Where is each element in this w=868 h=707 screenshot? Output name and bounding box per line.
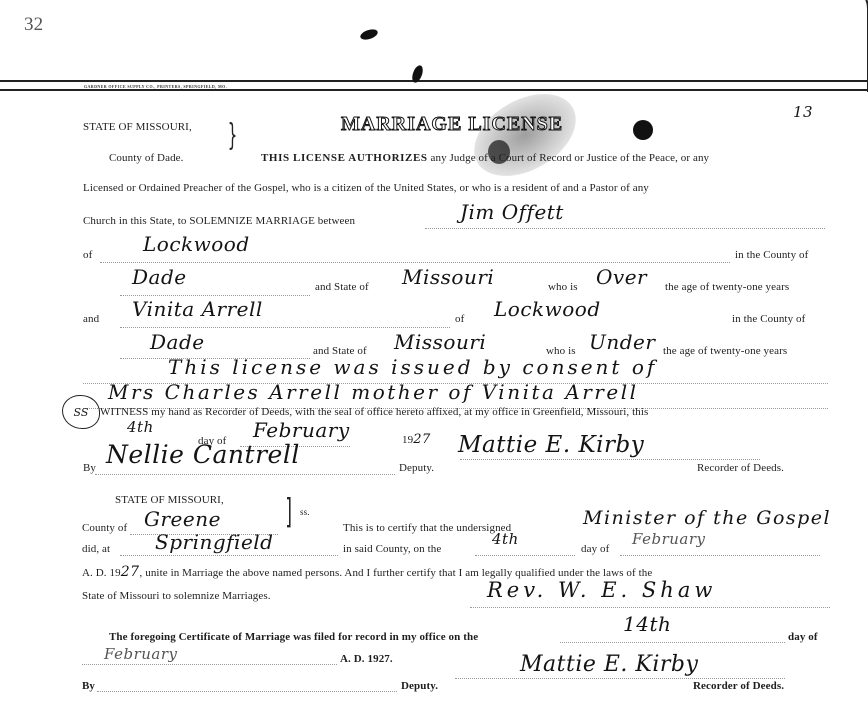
bride-county: Dade <box>150 330 205 354</box>
witness-by: By <box>83 462 96 474</box>
seal-mark: SS <box>62 395 100 429</box>
filing-recorder-name: Mattie E. Kirby <box>520 652 698 677</box>
of-label: of <box>83 249 92 261</box>
bride-state: Missouri <box>394 330 486 354</box>
page-border <box>0 0 868 92</box>
cert-county: Greene <box>144 507 221 531</box>
in-county-of: in the County of <box>735 249 808 261</box>
license-line-1: THIS LICENSE AUTHORIZES any Judge of a C… <box>261 152 709 164</box>
bride-town: Lockwood <box>494 297 601 321</box>
who-is: who is <box>548 281 578 293</box>
filing-ad: A. D. 1927. <box>340 653 393 665</box>
state-label: STATE OF MISSOURI, <box>83 121 192 133</box>
filing-by: By <box>82 680 95 692</box>
cert-did-at: did, at <box>82 543 110 555</box>
cert-year-suffix: 27 <box>121 564 140 580</box>
header-rule-bottom <box>0 89 868 91</box>
and-label-bride: and <box>83 313 99 325</box>
witness-month: February <box>253 418 350 442</box>
groom-name-line <box>425 228 825 229</box>
witness-deputy-name: Nellie Cantrell <box>106 440 300 469</box>
printer-imprint: GARDNER OFFICE SUPPLY CO., PRINTERS, SPR… <box>84 84 227 89</box>
license-line-2: Licensed or Ordained Preacher of the Gos… <box>83 182 649 194</box>
cert-officiant-signature: Rev. W. E. Shaw <box>487 578 716 602</box>
record-number: 13 <box>793 103 813 121</box>
witness-year: 1927 <box>402 432 431 447</box>
cert-signature-line <box>470 607 830 608</box>
of-label-bride: of <box>455 313 464 325</box>
cert-county-label: County of <box>82 522 127 534</box>
cert-certify-text: This is to certify that the undersigned <box>343 522 511 534</box>
filing-day: 14th <box>623 612 671 636</box>
groom-town-line <box>100 262 730 263</box>
filing-recorder-label: Recorder of Deeds. <box>693 680 784 692</box>
cert-month-line <box>620 555 820 556</box>
license-line-3: Church in this State, to SOLEMNIZE MARRI… <box>83 215 355 227</box>
cert-day: 4th <box>492 530 519 548</box>
county-label: County of Dade. <box>109 152 184 164</box>
filing-recorder-line <box>455 678 785 679</box>
cert-brace: ] <box>285 492 292 532</box>
groom-state: Missouri <box>402 265 494 289</box>
age-phrase: the age of twenty-one years <box>665 281 789 293</box>
filing-deputy-label: Deputy. <box>401 680 438 692</box>
filing-day-line <box>560 642 785 643</box>
consent-line-1: This license was issued by consent of <box>168 355 657 379</box>
cert-place: Springfield <box>155 530 273 554</box>
witness-text: WITNESS my hand as Recorder of Deeds, wi… <box>100 406 648 418</box>
cert-state-label: STATE OF MISSOURI, <box>115 494 224 506</box>
filing-month: February <box>104 645 178 663</box>
bride-name: Vinita Arrell <box>132 297 263 321</box>
witness-deputy-label: Deputy. <box>399 462 434 474</box>
filing-deputy-line <box>97 691 397 692</box>
filing-day-of: day of <box>788 631 818 643</box>
cert-day-of: day of <box>581 543 609 555</box>
witness-day: 4th <box>127 418 154 436</box>
brace: } <box>228 118 238 153</box>
cert-ss-label: ss. <box>300 507 310 517</box>
age-phrase-bride: the age of twenty-one years <box>663 345 787 357</box>
groom-town: Lockwood <box>143 232 250 256</box>
consent-line-2: Mrs Charles Arrell mother of Vinita Arre… <box>108 380 639 404</box>
witness-recorder-name: Mattie E. Kirby <box>458 432 644 458</box>
witness-recorder-line <box>460 459 760 460</box>
and-state-of: and State of <box>315 281 369 293</box>
filing-text: The foregoing Certificate of Marriage wa… <box>109 631 478 643</box>
cert-place-line <box>120 555 338 556</box>
witness-deputy-line <box>95 474 395 475</box>
bride-name-line <box>120 327 450 328</box>
page-number: 32 <box>24 14 43 36</box>
witness-year-prefix: 19 <box>402 434 413 446</box>
witness-year-suffix: 27 <box>413 432 431 447</box>
cert-officiant-title: Minister of the Gospel <box>583 507 831 529</box>
cert-in-said-county: in said County, on the <box>343 543 441 555</box>
groom-county: Dade <box>132 265 187 289</box>
cert-ad-prefix: A. D. 19 <box>82 567 121 579</box>
groom-county-line <box>120 295 310 296</box>
in-county-of-bride: in the County of <box>732 313 805 325</box>
filing-month-line <box>82 664 337 665</box>
ink-blot <box>633 120 653 140</box>
bride-age-status: Under <box>589 330 655 354</box>
license-title: MARRIAGE LICENSE <box>341 113 563 136</box>
cert-day-line <box>475 555 575 556</box>
cert-state-text: State of Missouri to solemnize Marriages… <box>82 590 271 602</box>
groom-age-status: Over <box>596 265 647 289</box>
cert-month: February <box>632 530 706 548</box>
groom-name: Jim Offett <box>460 200 564 224</box>
witness-recorder-label: Recorder of Deeds. <box>697 462 784 474</box>
header-rule-top <box>0 80 868 82</box>
